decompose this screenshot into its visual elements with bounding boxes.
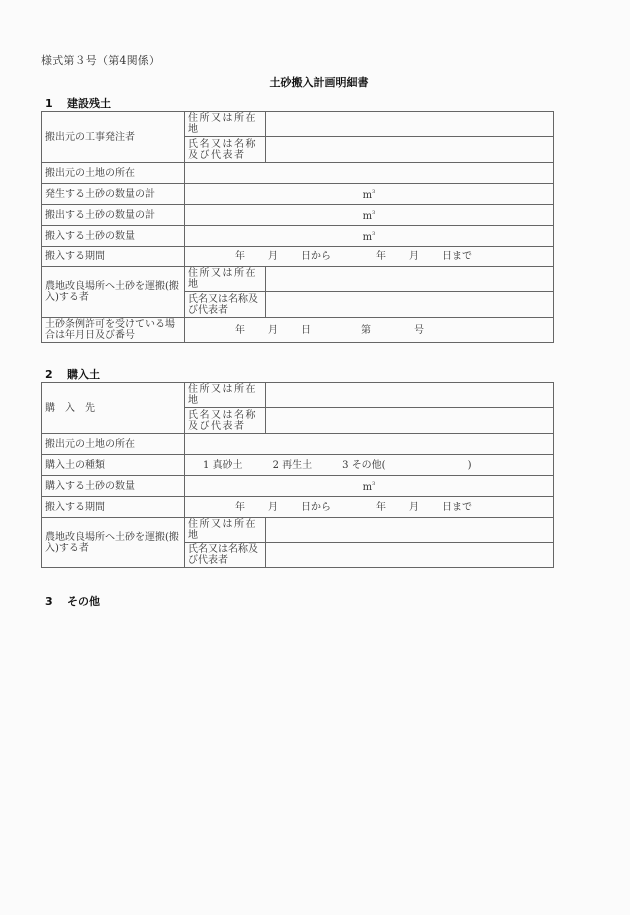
soil-option-2[interactable]: 2 再生土 bbox=[273, 460, 313, 471]
permit-field[interactable]: 年月日第号 bbox=[185, 318, 554, 343]
section-number: 1 bbox=[45, 97, 67, 110]
transporter-name-label: 氏名又は名称及び代表者 bbox=[185, 292, 266, 318]
supplier-address-label: 住所又は所在地 bbox=[185, 383, 266, 408]
transporter-address-field[interactable] bbox=[266, 267, 554, 292]
generated-volume-field[interactable]: m3 bbox=[185, 184, 554, 205]
origin-location-label: 搬出元の土地の所在 bbox=[42, 434, 185, 455]
transporter-name-field[interactable] bbox=[266, 543, 554, 568]
orderer-address-label: 住所又は所在地 bbox=[185, 112, 266, 137]
cubic-meter-unit: m3 bbox=[363, 482, 376, 493]
imported-volume-label: 搬入する土砂の数量 bbox=[42, 226, 185, 247]
section-2-heading: 2購入土 bbox=[45, 366, 100, 382]
transporter-address-label: 住所又は所在地 bbox=[185, 267, 266, 292]
origin-location-field[interactable] bbox=[185, 434, 554, 455]
cubic-meter-unit: m3 bbox=[363, 190, 376, 201]
section-title: 建設残土 bbox=[67, 97, 111, 110]
section-title: 購入土 bbox=[67, 368, 100, 381]
orderer-address-field[interactable] bbox=[266, 112, 554, 137]
transporter-label: 農地改良場所へ土砂を運搬(搬入)する者 bbox=[42, 267, 185, 318]
soil-type-label: 購入土の種類 bbox=[42, 455, 185, 476]
supplier-label: 購 入 先 bbox=[42, 383, 185, 434]
orderer-name-label: 氏名又は名称及び代表者 bbox=[185, 137, 266, 163]
section-1-table: 搬出元の工事発注者 住所又は所在地 氏名又は名称及び代表者 搬出元の土地の所在 … bbox=[41, 111, 554, 343]
transporter-name-field[interactable] bbox=[266, 292, 554, 318]
section-number: 2 bbox=[45, 368, 67, 381]
cubic-meter-unit: m3 bbox=[363, 211, 376, 222]
imported-volume-field[interactable]: m3 bbox=[185, 226, 554, 247]
supplier-name-field[interactable] bbox=[266, 408, 554, 434]
section-2-table: 購 入 先 住所又は所在地 氏名又は名称及び代表者 搬出元の土地の所在 購入土の… bbox=[41, 382, 554, 568]
period-field[interactable]: 年月日から年月日まで bbox=[185, 247, 554, 267]
supplier-name-label: 氏名又は名称及び代表者 bbox=[185, 408, 266, 434]
exported-volume-label: 搬出する土砂の数量の計 bbox=[42, 205, 185, 226]
section-number: 3 bbox=[45, 595, 67, 608]
period-label: 搬入する期間 bbox=[42, 497, 185, 518]
purchased-volume-label: 購入する土砂の数量 bbox=[42, 476, 185, 497]
orderer-label: 搬出元の工事発注者 bbox=[42, 112, 185, 163]
period-label: 搬入する期間 bbox=[42, 247, 185, 267]
soil-option-1[interactable]: 1 真砂土 bbox=[203, 460, 243, 471]
transporter-label: 農地改良場所へ土砂を運搬(搬入)する者 bbox=[42, 518, 185, 568]
purchased-volume-field[interactable]: m3 bbox=[185, 476, 554, 497]
soil-type-field[interactable]: 1 真砂土2 再生土3 その他() bbox=[185, 455, 554, 476]
form-number: 様式第３号（第4関係） bbox=[41, 52, 160, 68]
transporter-name-label: 氏名又は名称及び代表者 bbox=[185, 543, 266, 568]
section-3-heading: 3その他 bbox=[45, 593, 100, 609]
transporter-address-field[interactable] bbox=[266, 518, 554, 543]
permit-label: 土砂条例許可を受けている場合は年月日及び番号 bbox=[42, 318, 185, 343]
origin-location-field[interactable] bbox=[185, 163, 554, 184]
origin-location-label: 搬出元の土地の所在 bbox=[42, 163, 185, 184]
generated-volume-label: 発生する土砂の数量の計 bbox=[42, 184, 185, 205]
transporter-address-label: 住所又は所在地 bbox=[185, 518, 266, 543]
document-title: 土砂搬入計画明細書 bbox=[0, 74, 630, 90]
soil-option-3[interactable]: 3 その他( bbox=[342, 460, 385, 471]
cubic-meter-unit: m3 bbox=[363, 232, 376, 243]
section-title: その他 bbox=[67, 595, 100, 608]
period-field[interactable]: 年月日から年月日まで bbox=[185, 497, 554, 518]
orderer-name-field[interactable] bbox=[266, 137, 554, 163]
section-1-heading: 1建設残土 bbox=[45, 95, 111, 111]
supplier-address-field[interactable] bbox=[266, 383, 554, 408]
exported-volume-field[interactable]: m3 bbox=[185, 205, 554, 226]
